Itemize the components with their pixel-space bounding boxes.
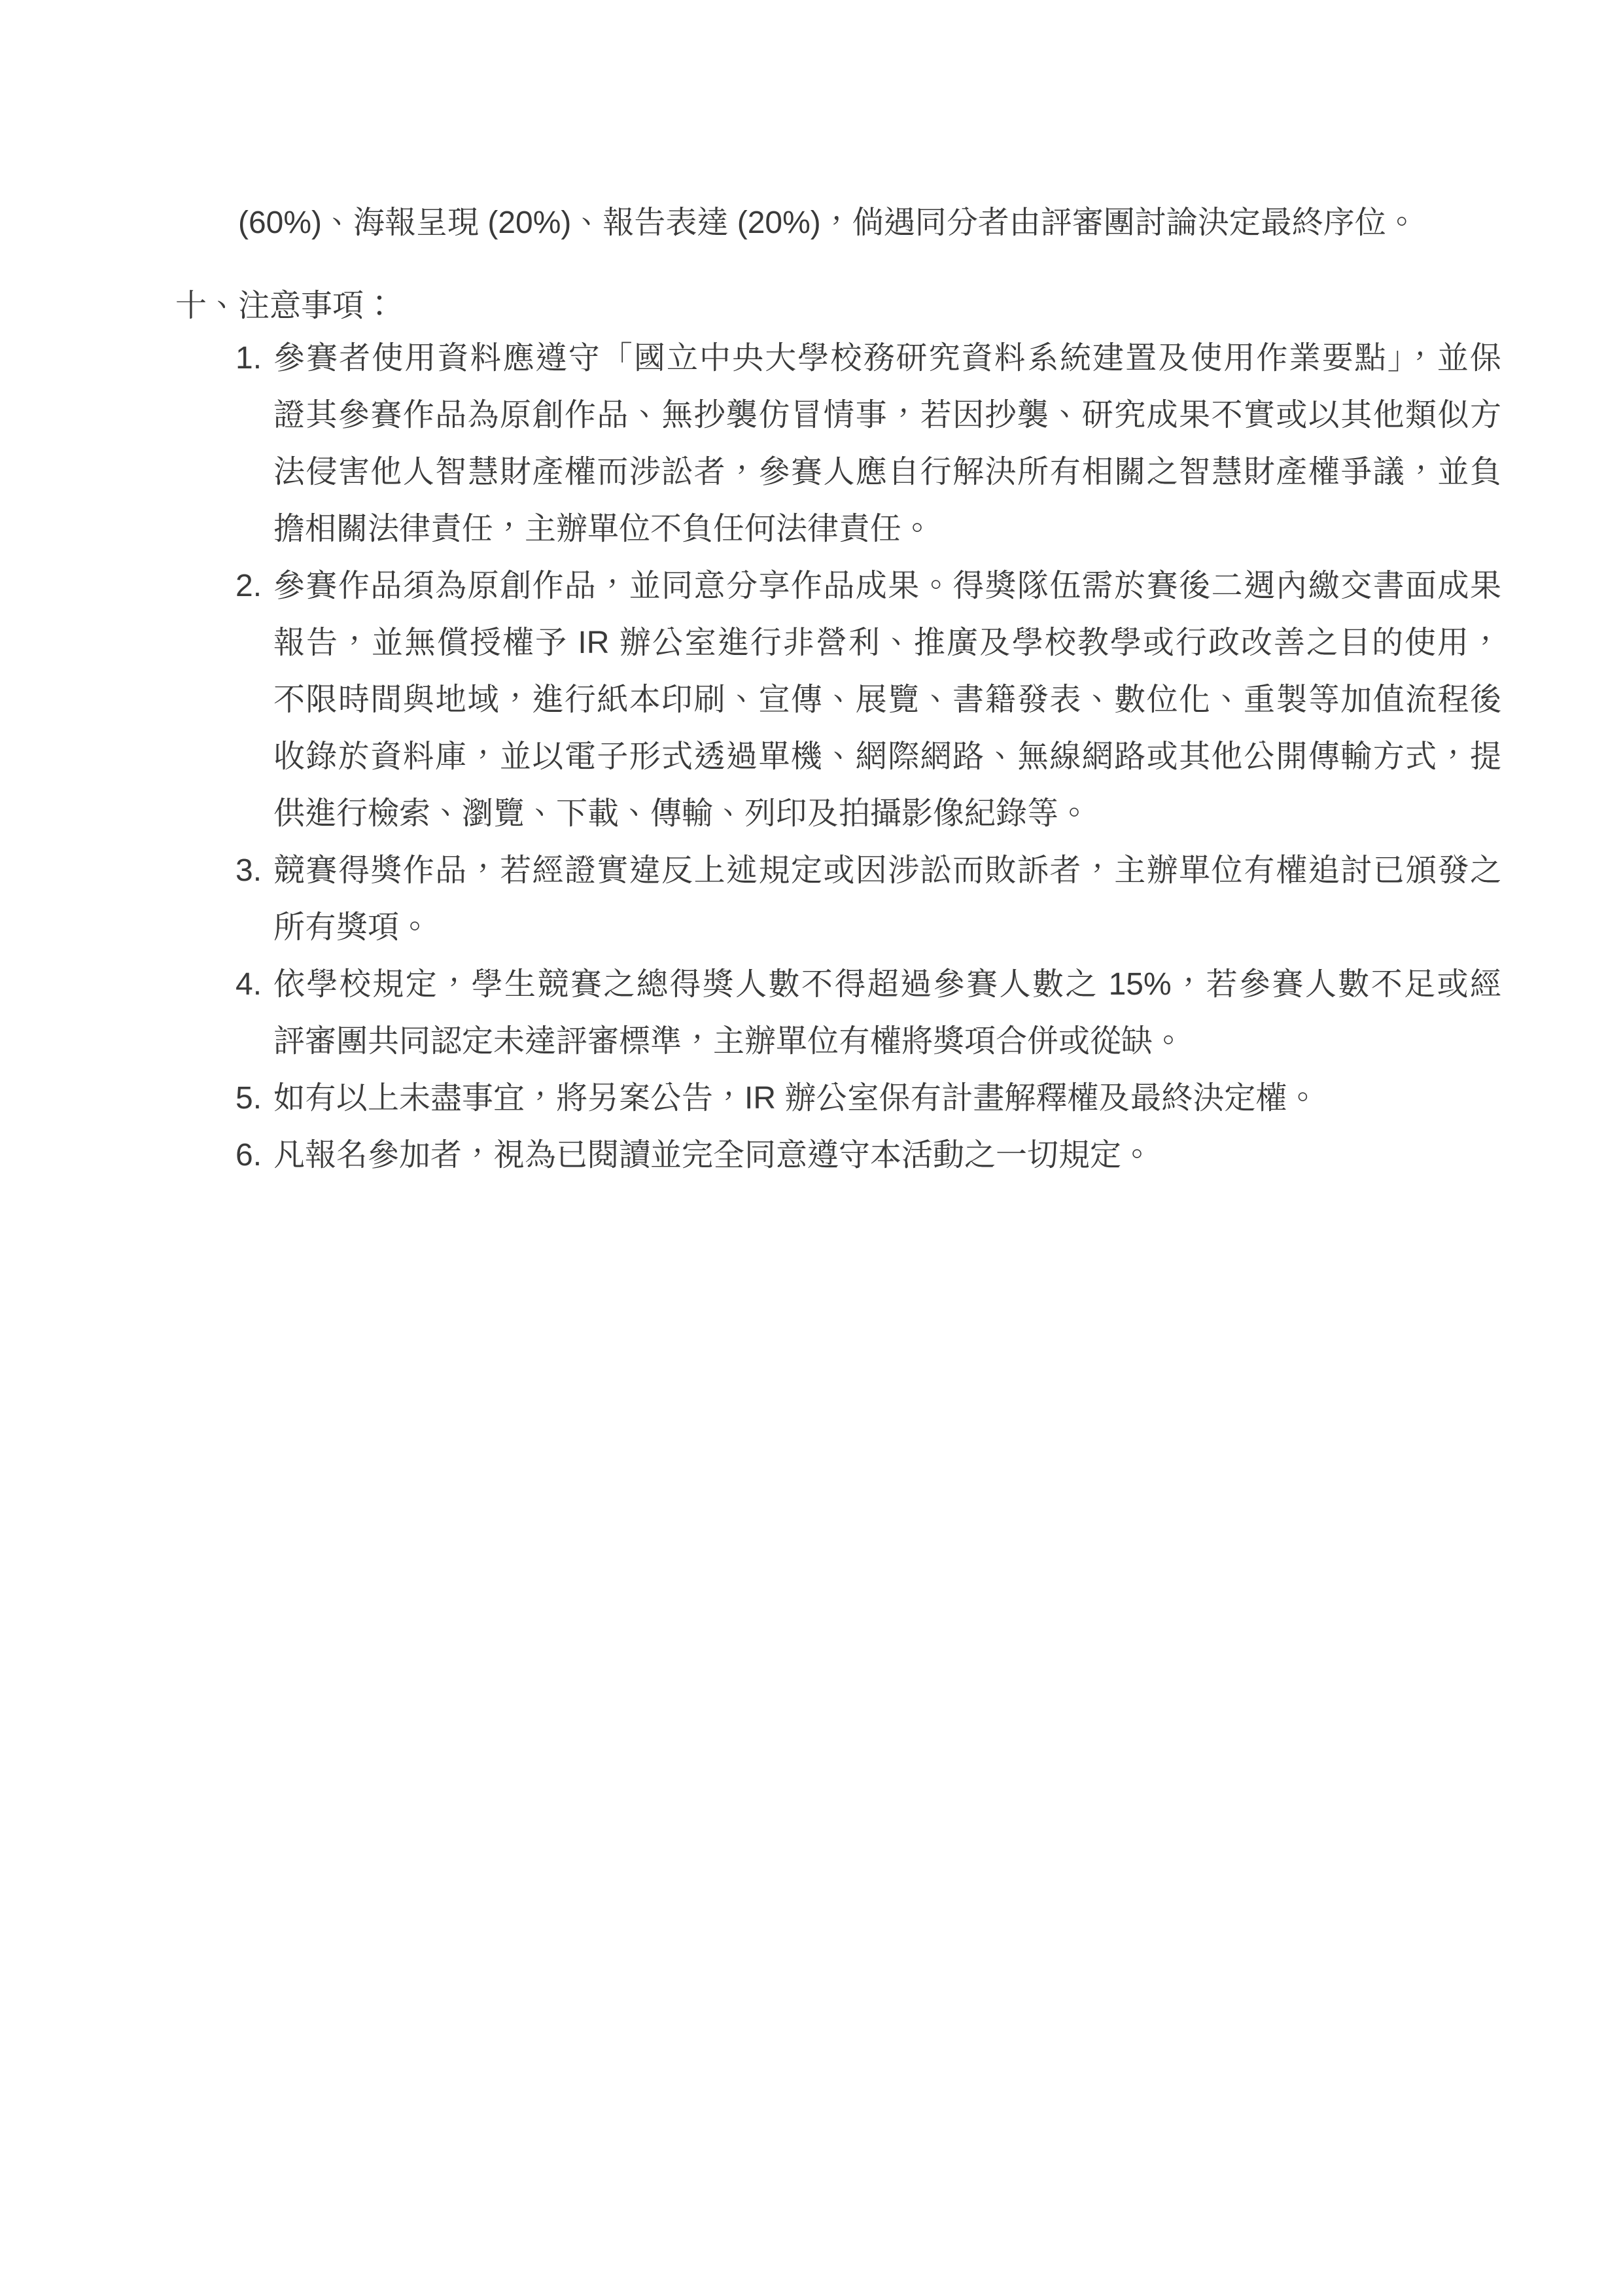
note-number: 3. — [236, 842, 268, 899]
note-number: 6. — [236, 1127, 268, 1184]
note-number: 5. — [236, 1070, 268, 1127]
section-heading: 十、注意事項： — [175, 277, 395, 334]
note-item-4: 4. 依學校規定，學生競賽之總得獎人數不得超過參賽人數之 15%，若參賽人數不足… — [236, 956, 1501, 1070]
note-number: 1. — [236, 330, 268, 387]
note-lines: 競賽得獎作品，若經證實違反上述規定或因涉訟而敗訴者，主辦單位有權追討已頒發之 所… — [273, 842, 1501, 956]
note-item-2: 2. 參賽作品須為原創作品，並同意分享作品成果。得獎隊伍需於賽後二週內繳交書面成… — [236, 557, 1501, 842]
intro-continuation-line: (60%)、海報呈現 (20%)、報告表達 (20%)，倘遇同分者由評審團討論決… — [238, 194, 1520, 251]
note-line: 供進行檢索、瀏覽、下載、傳輸、列印及拍攝影像紀錄等。 — [273, 785, 1501, 842]
note-line: 如有以上未盡事宜，將另案公告，IR 辦公室保有計畫解釋權及最終決定權。 — [273, 1070, 1501, 1127]
note-line: 競賽得獎作品，若經證實違反上述規定或因涉訟而敗訴者，主辦單位有權追討已頒發之 — [273, 842, 1501, 899]
document-page: (60%)、海報呈現 (20%)、報告表達 (20%)，倘遇同分者由評審團討論決… — [0, 0, 1623, 2296]
note-line: 擔相關法律責任，主辦單位不負任何法律責任。 — [273, 501, 1501, 557]
note-item-6: 6. 凡報名參加者，視為已閱讀並完全同意遵守本活動之一切規定。 — [236, 1127, 1501, 1184]
note-line: 收錄於資料庫，並以電子形式透過單機、網際網路、無線網路或其他公開傳輸方式，提 — [273, 728, 1501, 785]
note-line: 證其參賽作品為原創作品、無抄襲仿冒情事，若因抄襲、研究成果不實或以其他類似方 — [273, 387, 1501, 444]
note-line: 參賽作品須為原創作品，並同意分享作品成果。得獎隊伍需於賽後二週內繳交書面成果 — [273, 557, 1501, 614]
note-number: 4. — [236, 956, 268, 1013]
note-line: 凡報名參加者，視為已閱讀並完全同意遵守本活動之一切規定。 — [273, 1127, 1501, 1184]
note-lines: 參賽者使用資料應遵守「國立中央大學校務研究資料系統建置及使用作業要點」，並保 證… — [273, 330, 1501, 557]
note-line: 報告，並無償授權予 IR 辦公室進行非營利、推廣及學校教學或行政改善之目的使用， — [273, 614, 1501, 671]
note-line: 不限時間與地域，進行紙本印刷、宣傳、展覽、書籍發表、數位化、重製等加值流程後 — [273, 671, 1501, 728]
note-lines: 依學校規定，學生競賽之總得獎人數不得超過參賽人數之 15%，若參賽人數不足或經 … — [273, 956, 1501, 1070]
note-lines: 參賽作品須為原創作品，並同意分享作品成果。得獎隊伍需於賽後二週內繳交書面成果 報… — [273, 557, 1501, 842]
note-item-1: 1. 參賽者使用資料應遵守「國立中央大學校務研究資料系統建置及使用作業要點」，並… — [236, 330, 1501, 557]
note-item-5: 5. 如有以上未盡事宜，將另案公告，IR 辦公室保有計畫解釋權及最終決定權。 — [236, 1070, 1501, 1127]
note-item-3: 3. 競賽得獎作品，若經證實違反上述規定或因涉訟而敗訴者，主辦單位有權追討已頒發… — [236, 842, 1501, 956]
notes-list: 1. 參賽者使用資料應遵守「國立中央大學校務研究資料系統建置及使用作業要點」，並… — [236, 330, 1501, 1184]
note-lines: 凡報名參加者，視為已閱讀並完全同意遵守本活動之一切規定。 — [273, 1127, 1501, 1184]
note-line: 評審團共同認定未達評審標準，主辦單位有權將獎項合併或從缺。 — [273, 1013, 1501, 1070]
note-line: 參賽者使用資料應遵守「國立中央大學校務研究資料系統建置及使用作業要點」，並保 — [273, 330, 1501, 387]
note-line: 依學校規定，學生競賽之總得獎人數不得超過參賽人數之 15%，若參賽人數不足或經 — [273, 956, 1501, 1013]
note-lines: 如有以上未盡事宜，將另案公告，IR 辦公室保有計畫解釋權及最終決定權。 — [273, 1070, 1501, 1127]
note-line: 法侵害他人智慧財產權而涉訟者，參賽人應自行解決所有相關之智慧財產權爭議，並負 — [273, 444, 1501, 501]
note-line: 所有獎項。 — [273, 899, 1501, 956]
note-number: 2. — [236, 557, 268, 614]
